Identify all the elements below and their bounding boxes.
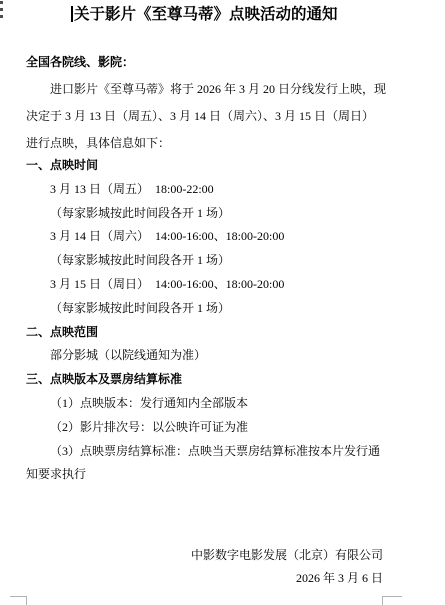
signature-date[interactable]: 2026 年 3 月 6 日 <box>26 567 383 590</box>
text-boundary-mark-right <box>382 596 402 597</box>
text-boundary-mark-left <box>10 596 27 597</box>
intro-block: 全国各院线、影院： 进口影片《至尊马蒂》将于 2026 年 3 月 20 日分线… <box>26 49 406 157</box>
schedule-date-line[interactable]: 3 月 13 日（周五） 18:00-22:00 <box>26 178 406 202</box>
body-block: 一、点映时间 3 月 13 日（周五） 18:00-22:00 （每家影城按此时… <box>26 154 406 487</box>
intro-line[interactable]: 进口影片《至尊马蒂》将于 2026 年 3 月 20 日分线发行上映，现 <box>26 76 406 103</box>
intro-line[interactable]: 决定于 3 月 13 日（周五）、3 月 14 日（周六）、3 月 15 日（周… <box>26 103 406 130</box>
section-heading-2[interactable]: 二、点映范围 <box>26 321 406 345</box>
schedule-note-line[interactable]: （每家影城按此时间段各开 1 场） <box>26 297 406 321</box>
section-heading-1[interactable]: 一、点映时间 <box>26 154 406 178</box>
section-heading-3[interactable]: 三、点映版本及票房结算标准 <box>26 368 406 392</box>
document-title-row[interactable]: 关于影片《至尊马蒂》点映活动的通知 <box>26 5 383 25</box>
edge-dot-icon <box>0 15 3 18</box>
text-cursor <box>71 6 73 22</box>
item-line[interactable]: （1）点映版本：发行通知内全部版本 <box>26 392 406 416</box>
text-boundary-mark-left <box>26 596 27 605</box>
item-continuation-line[interactable]: 知要求执行 <box>26 463 406 487</box>
edge-dot-icon <box>0 8 3 11</box>
document-title: 关于影片《至尊马蒂》点映活动的通知 <box>74 6 338 23</box>
edge-dot-icon <box>0 1 3 4</box>
schedule-note-line[interactable]: （每家影城按此时间段各开 1 场） <box>26 202 406 226</box>
document-page[interactable]: 关于影片《至尊马蒂》点映活动的通知 全国各院线、影院： 进口影片《至尊马蒂》将于… <box>0 0 445 605</box>
schedule-date-line[interactable]: 3 月 14 日（周六） 14:00-16:00、18:00-20:00 <box>26 225 406 249</box>
schedule-date-line[interactable]: 3 月 15 日（周日） 14:00-16:00、18:00-20:00 <box>26 273 406 297</box>
scope-line[interactable]: 部分影城（以院线通知为准） <box>26 344 406 368</box>
item-line[interactable]: （3）点映票房结算标准：点映当天票房结算标准按本片发行通 <box>26 440 406 464</box>
item-line[interactable]: （2）影片排次号：以公映许可证为准 <box>26 416 406 440</box>
schedule-note-line[interactable]: （每家影城按此时间段各开 1 场） <box>26 249 406 273</box>
salutation-line[interactable]: 全国各院线、影院： <box>26 49 406 76</box>
intro-line[interactable]: 进行点映，具体信息如下： <box>26 130 406 157</box>
text-boundary-mark-right <box>382 596 383 605</box>
signature-company[interactable]: 中影数字电影发展（北京）有限公司 <box>26 544 383 567</box>
signature-block: 中影数字电影发展（北京）有限公司 2026 年 3 月 6 日 <box>26 544 383 590</box>
